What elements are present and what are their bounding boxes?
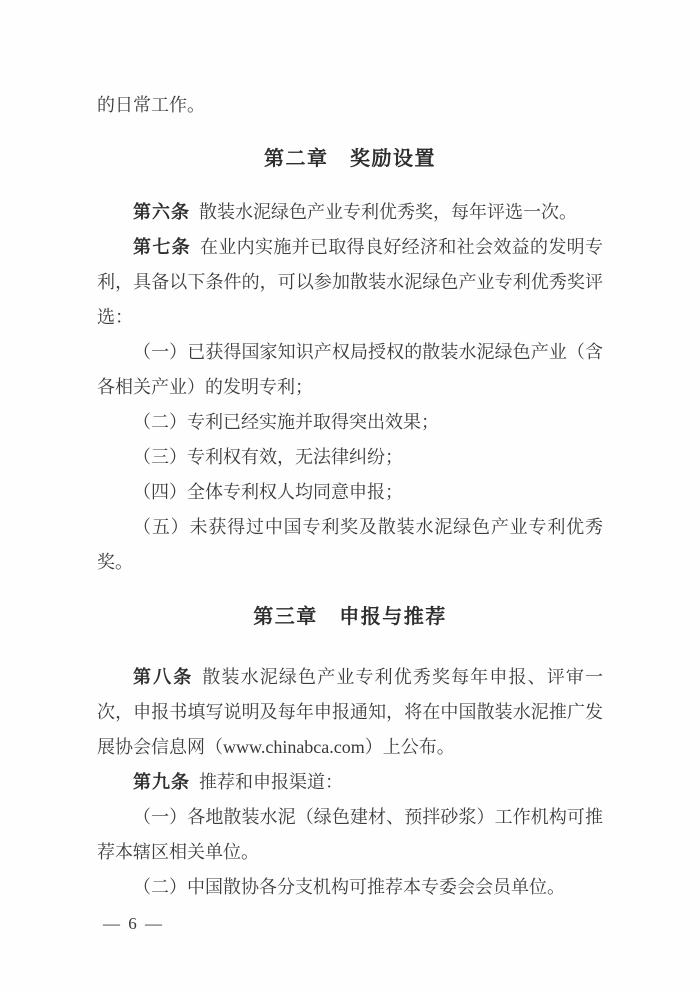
article-9-paragraph: 第九条推荐和申报渠道：	[97, 765, 603, 800]
article-6-label: 第六条	[133, 202, 190, 222]
article-6-text: 散装水泥绿色产业专利优秀奖，每年评选一次。	[199, 202, 577, 222]
article-7-item-2: （二）专利已经实施并取得突出效果；	[97, 405, 603, 440]
article-8-paragraph: 第八条散装水泥绿色产业专利优秀奖每年申报、评审一次，申报书填写说明及每年申报通知…	[97, 660, 603, 765]
article-7-item-1: （一）已获得国家知识产权局授权的散装水泥绿色产业（含各相关产业）的发明专利；	[97, 335, 603, 405]
article-9-item-2: （二）中国散协各分支机构可推荐本专委会会员单位。	[97, 870, 603, 905]
article-7-item-3: （三）专利权有效，无法律纠纷；	[97, 440, 603, 475]
article-6-paragraph: 第六条散装水泥绿色产业专利优秀奖，每年评选一次。	[97, 195, 603, 230]
scanned-document-page: 的日常工作。 第二章 奖励设置 第六条散装水泥绿色产业专利优秀奖，每年评选一次。…	[0, 0, 700, 990]
article-7-paragraph: 第七条在业内实施并已取得良好经济和社会效益的发明专利，具备以下条件的，可以参加散…	[97, 230, 603, 335]
article-7-item-5: （五）未获得过中国专利奖及散装水泥绿色产业专利优秀奖。	[97, 510, 603, 580]
article-8-label: 第八条	[133, 667, 193, 687]
article-9-item-1: （一）各地散装水泥（绿色建材、预拌砂浆）工作机构可推荐本辖区相关单位。	[97, 800, 603, 870]
article-9-text: 推荐和申报渠道：	[199, 772, 343, 792]
page-number: — 6 —	[103, 910, 603, 938]
article-7-label: 第七条	[133, 237, 191, 257]
paragraph-continuation: 的日常工作。	[97, 88, 603, 123]
chapter-2-heading: 第二章 奖励设置	[97, 142, 603, 177]
article-7-item-4: （四）全体专利权人均同意申报；	[97, 475, 603, 510]
chapter-3-heading: 第三章 申报与推荐	[97, 600, 603, 635]
article-9-label: 第九条	[133, 772, 190, 792]
